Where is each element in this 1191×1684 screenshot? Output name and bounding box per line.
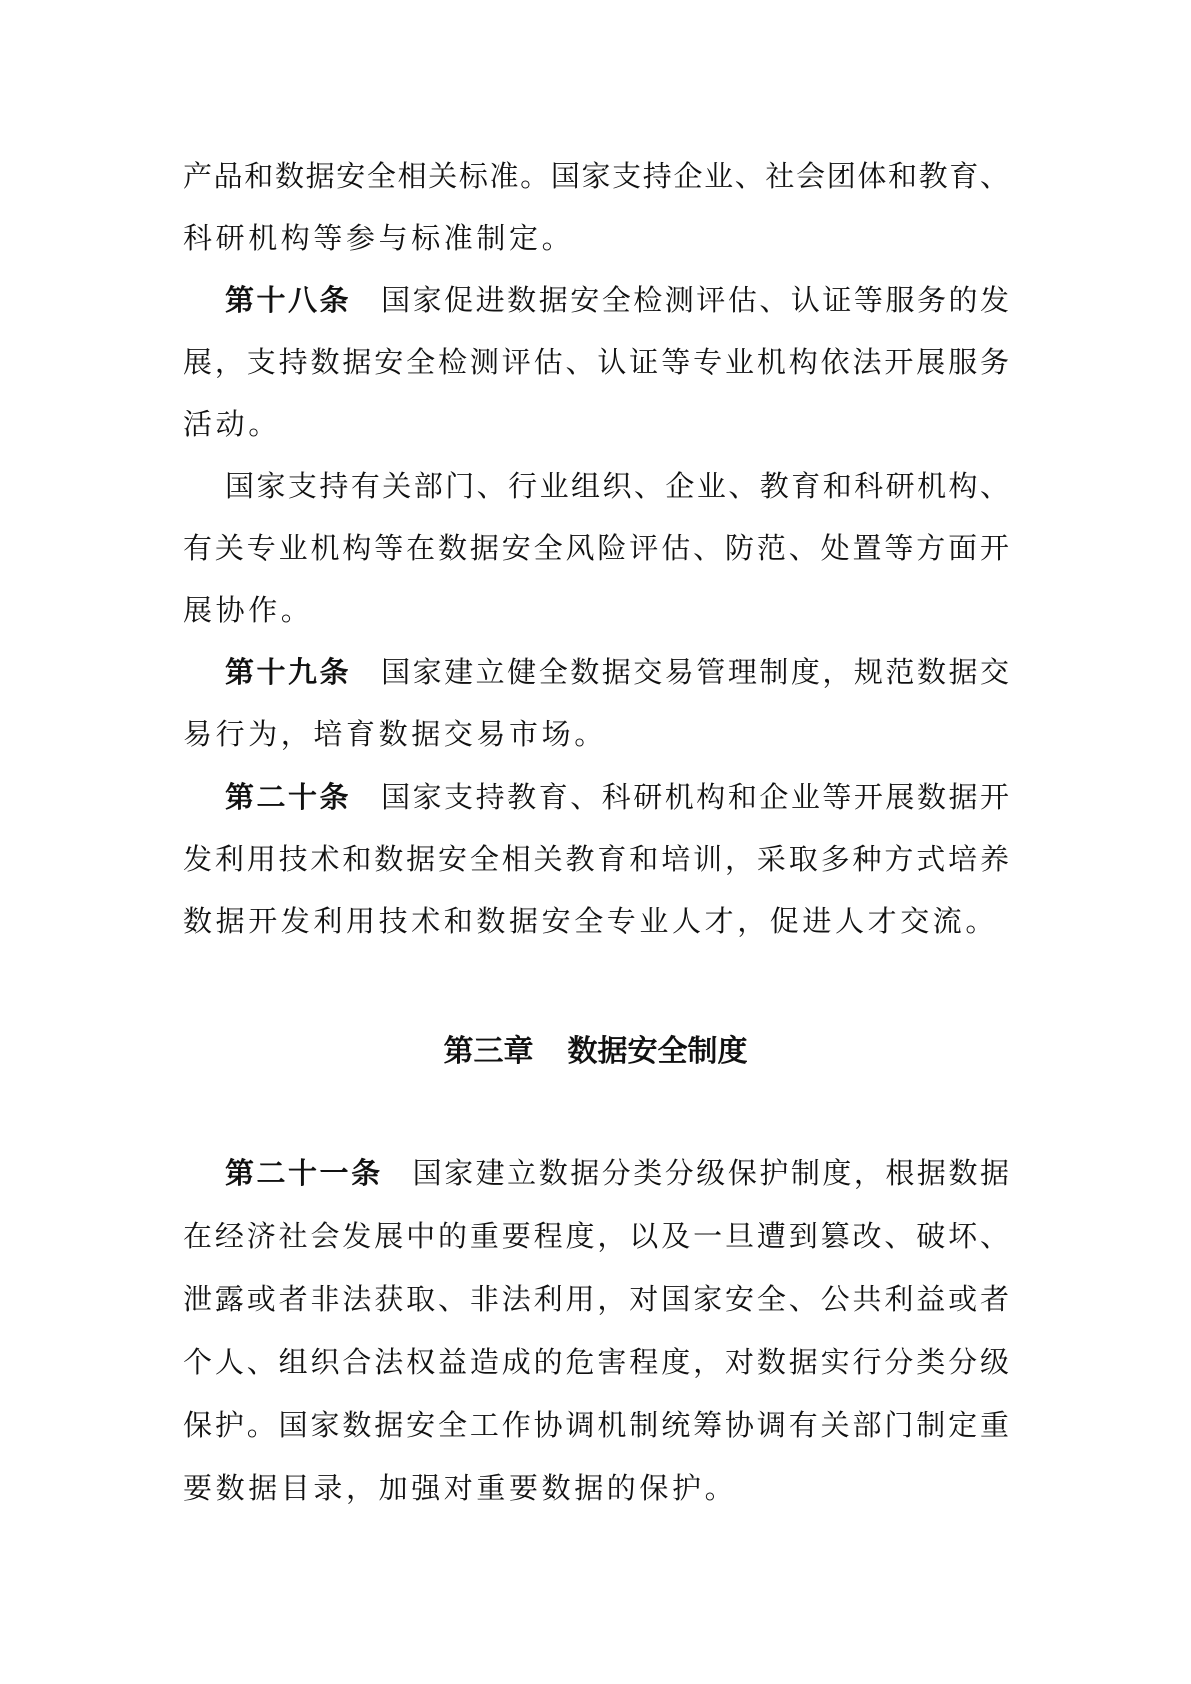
article-18-first-line: 第十八条国家促进数据安全检测评估、认证等服务的发 xyxy=(225,280,1009,320)
paragraph-line: 数据开发利用技术和数据安全专业人才，促进人才交流。 xyxy=(183,901,1009,941)
document-page: 产品和数据安全相关标准。国家支持企业、社会团体和教育、 科研机构等参与标准制定。… xyxy=(0,0,1191,1684)
article-number: 第十八条 xyxy=(225,283,351,317)
paragraph-line: 个人、组织合法权益造成的危害程度，对数据实行分类分级 xyxy=(183,1342,1009,1382)
chapter-heading: 第三章数据安全制度 xyxy=(0,1030,1191,1074)
chapter-title: 数据安全制度 xyxy=(568,1034,748,1069)
article-number: 第二十条 xyxy=(225,780,351,814)
paragraph-first-line: 国家支持有关部门、行业组织、企业、教育和科研机构、 xyxy=(225,466,1009,506)
paragraph-line: 要数据目录，加强对重要数据的保护。 xyxy=(183,1468,1009,1508)
article-number: 第十九条 xyxy=(225,655,351,689)
paragraph-line: 发利用技术和数据安全相关教育和培训，采取多种方式培养 xyxy=(183,839,1009,879)
article-text: 国家建立数据分类分级保护制度，根据数据 xyxy=(413,1156,1009,1190)
paragraph-line: 易行为，培育数据交易市场。 xyxy=(183,714,1009,754)
article-19-first-line: 第十九条国家建立健全数据交易管理制度，规范数据交 xyxy=(225,652,1009,692)
article-21-first-line: 第二十一条国家建立数据分类分级保护制度，根据数据 xyxy=(225,1153,1009,1193)
chapter-number: 第三章 xyxy=(444,1034,534,1069)
paragraph-line: 有关专业机构等在数据安全风险评估、防范、处置等方面开 xyxy=(183,528,1009,568)
article-number: 第二十一条 xyxy=(225,1156,383,1190)
paragraph-line: 展协作。 xyxy=(183,590,1009,630)
paragraph-line: 展，支持数据安全检测评估、认证等专业机构依法开展服务 xyxy=(183,342,1009,382)
paragraph-line: 产品和数据安全相关标准。国家支持企业、社会团体和教育、 xyxy=(183,156,1009,196)
article-text: 国家促进数据安全检测评估、认证等服务的发 xyxy=(381,283,1009,317)
paragraph-line: 活动。 xyxy=(183,404,1009,444)
paragraph-line: 在经济社会发展中的重要程度，以及一旦遭到篡改、破坏、 xyxy=(183,1216,1009,1256)
article-20-first-line: 第二十条国家支持教育、科研机构和企业等开展数据开 xyxy=(225,777,1009,817)
paragraph-line: 泄露或者非法获取、非法利用，对国家安全、公共利益或者 xyxy=(183,1279,1009,1319)
article-text: 国家支持教育、科研机构和企业等开展数据开 xyxy=(381,780,1009,814)
article-text: 国家建立健全数据交易管理制度，规范数据交 xyxy=(381,655,1009,689)
paragraph-line: 科研机构等参与标准制定。 xyxy=(183,218,1009,258)
paragraph-line: 保护。国家数据安全工作协调机制统筹协调有关部门制定重 xyxy=(183,1405,1009,1445)
